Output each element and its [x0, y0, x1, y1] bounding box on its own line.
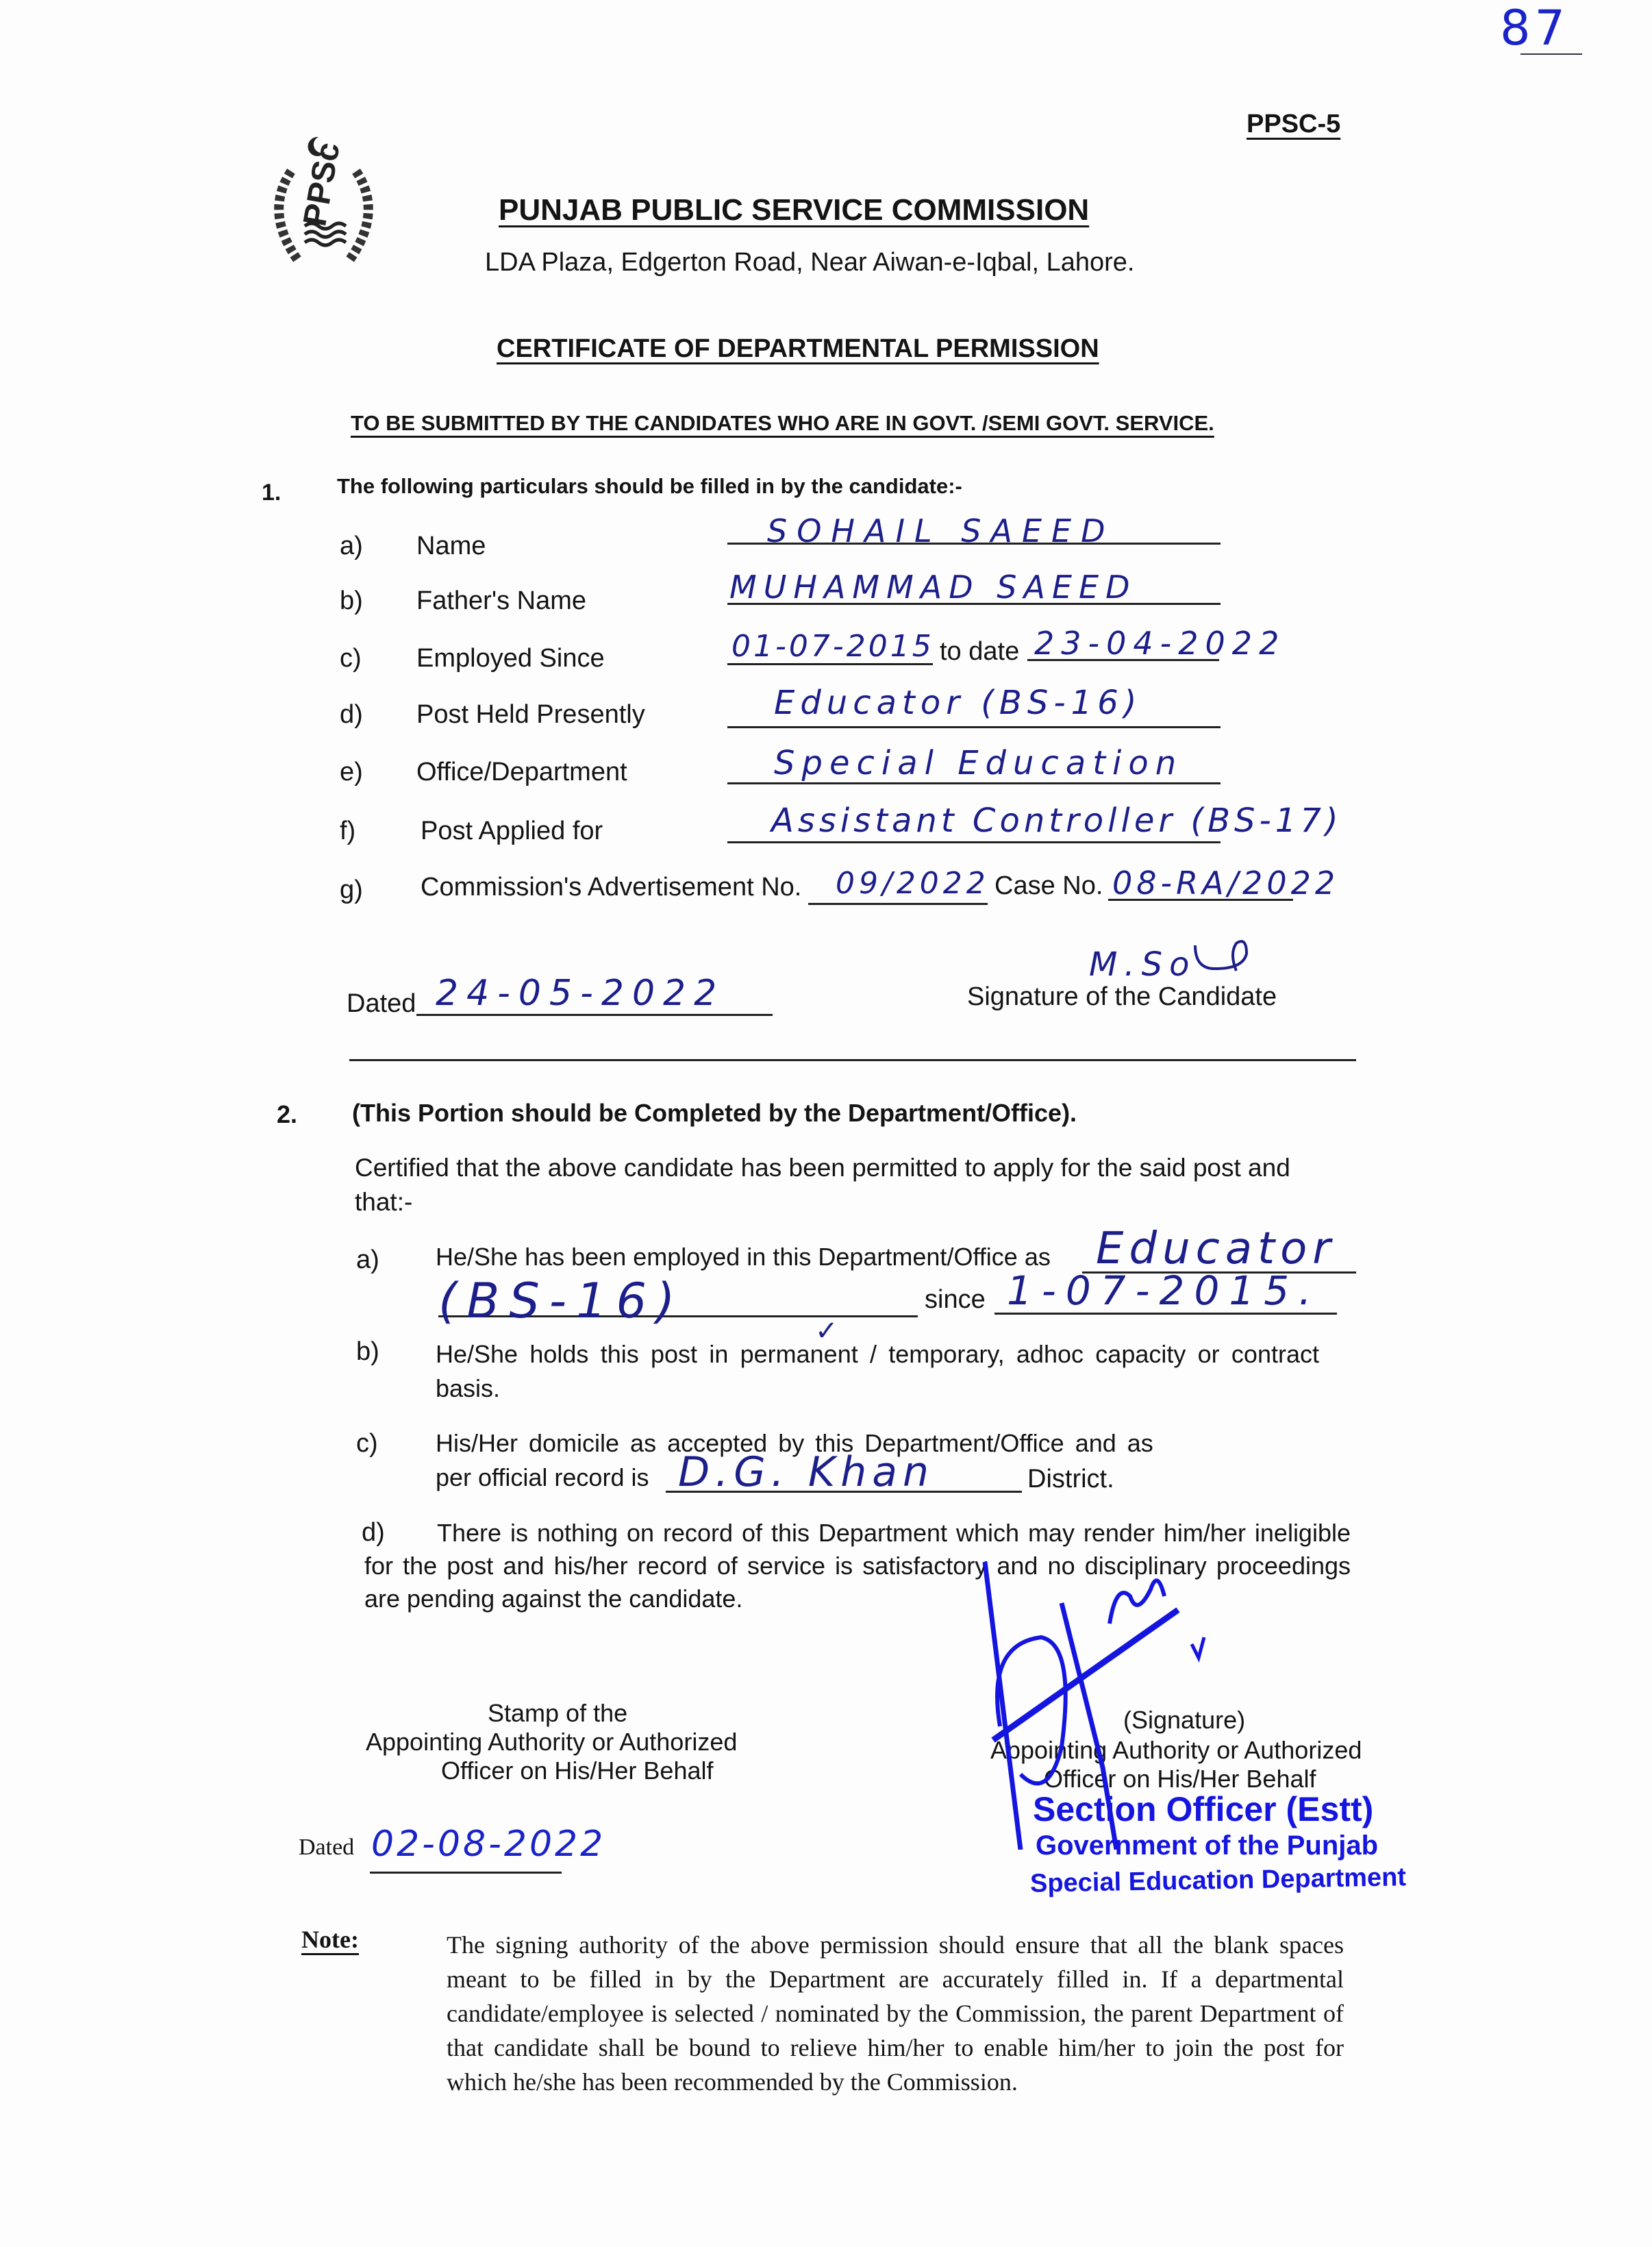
post-held-field[interactable]: Educator (BS-16) — [774, 684, 1142, 722]
field-d-letter: d) — [340, 700, 363, 730]
field-b-label: Father's Name — [416, 586, 586, 616]
case-no-field[interactable]: 08-RA/2022 — [1112, 865, 1339, 902]
candidate-signature-stroke — [1192, 940, 1253, 974]
stamp-label-3: Officer on His/Her Behalf — [441, 1756, 714, 1785]
field-b-letter: b) — [340, 586, 363, 616]
section1-intro: The following particulars should be fill… — [337, 474, 962, 499]
commission-title: PUNJAB PUBLIC SERVICE COMMISSION — [499, 193, 1089, 227]
note-label: Note: — [301, 1925, 359, 1954]
field-d-label: Post Held Presently — [416, 700, 645, 730]
field-f-letter: f) — [340, 817, 355, 846]
section2-c-text2: per official record is — [436, 1463, 649, 1492]
section2-a-letter: a) — [356, 1245, 379, 1275]
official-stamp-line-2: Government of the Punjab — [1036, 1830, 1378, 1861]
page-number-underline — [1520, 53, 1582, 55]
section2-a-text: He/She has been employed in this Departm… — [436, 1243, 1051, 1271]
section2-dated-label: Dated — [299, 1835, 354, 1861]
candidate-signature: M.So — [1089, 945, 1197, 984]
post-applied-line[interactable] — [727, 841, 1221, 843]
stamp-label-2: Appointing Authority or Authorized — [366, 1728, 737, 1756]
ppsc-logo: PPSc — [250, 130, 397, 274]
employed-as-field[interactable]: Educator — [1096, 1224, 1336, 1274]
case-no-label: Case No. — [994, 871, 1103, 901]
section2-b-letter: b) — [356, 1337, 379, 1367]
field-c-letter: c) — [340, 644, 362, 673]
svg-text:PPSc: PPSc — [297, 140, 347, 229]
since-field[interactable]: 1-07-2015. — [1007, 1267, 1321, 1314]
office-department-field[interactable]: Special Education — [774, 744, 1183, 782]
section2-b-text: He/She holds this post in permanent / te… — [436, 1337, 1319, 1406]
commission-address: LDA Plaza, Edgerton Road, Near Aiwan-e-I… — [485, 248, 1134, 277]
post-held-line[interactable] — [727, 726, 1221, 728]
section1-dated-label: Dated — [347, 989, 416, 1019]
advertisement-no-line[interactable] — [808, 903, 988, 905]
stamp-label-1: Stamp of the — [488, 1699, 627, 1728]
section2-dated-line[interactable] — [370, 1872, 562, 1874]
name-field[interactable]: SOHAIL SAEED — [767, 512, 1115, 549]
section1-dated-field[interactable]: 24-05-2022 — [436, 973, 725, 1014]
note-text: The signing authority of the above permi… — [447, 1928, 1344, 2099]
field-c-label: Employed Since — [416, 644, 605, 673]
field-e-label: Office/Department — [416, 758, 627, 787]
page-number: 87 — [1500, 0, 1569, 56]
section2-number: 2. — [277, 1100, 297, 1129]
employed-since-field[interactable]: 01-07-2015 — [731, 629, 934, 664]
to-date-label: to date — [940, 637, 1019, 667]
field-g-label: Commission's Advertisement No. — [421, 873, 801, 902]
field-a-letter: a) — [340, 532, 363, 561]
father-name-field[interactable]: MUHAMMAD SAEED — [729, 569, 1137, 606]
section2-intro: Certified that the above candidate has b… — [355, 1151, 1348, 1219]
official-stamp-line-1: Section Officer (Estt) — [1033, 1789, 1373, 1829]
employed-as-field-cont[interactable]: (BS-16) — [438, 1273, 684, 1329]
field-g-letter: g) — [340, 876, 363, 905]
candidate-signature-label: Signature of the Candidate — [967, 982, 1277, 1012]
section2-heading: (This Portion should be Completed by the… — [352, 1099, 1077, 1128]
section-divider — [349, 1059, 1356, 1061]
advertisement-no-field[interactable]: 09/2022 — [836, 866, 990, 901]
to-date-field[interactable]: 23-04-2022 — [1034, 625, 1286, 662]
field-a-label: Name — [416, 532, 486, 561]
field-f-label: Post Applied for — [421, 817, 603, 846]
section2-dated-field[interactable]: 02-08-2022 — [371, 1824, 605, 1865]
official-stamp-line-3: Special Education Department — [1030, 1863, 1407, 1899]
post-applied-field[interactable]: Assistant Controller (BS-17) — [771, 802, 1342, 840]
submission-subtitle: TO BE SUBMITTED BY THE CANDIDATES WHO AR… — [351, 411, 1214, 436]
domicile-field[interactable]: D.G. Khan — [678, 1448, 934, 1496]
section1-number: 1. — [262, 480, 281, 506]
district-label: District. — [1027, 1465, 1114, 1494]
section2-c-letter: c) — [356, 1429, 378, 1458]
office-department-line[interactable] — [727, 782, 1221, 784]
since-label: since — [925, 1285, 986, 1315]
field-e-letter: e) — [340, 758, 363, 787]
section1-dated-line[interactable] — [416, 1014, 773, 1016]
form-code: PPSC-5 — [1247, 110, 1340, 139]
certificate-title: CERTIFICATE OF DEPARTMENTAL PERMISSION — [497, 334, 1099, 364]
